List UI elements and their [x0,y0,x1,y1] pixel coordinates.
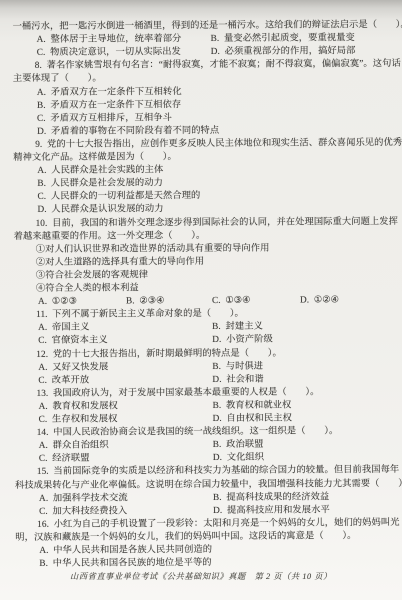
text-run: C. 加大科技经费投入 [39,505,127,519]
text-run: B. 人民群众是社会发展的动力 [37,177,163,191]
text-run: A. ①②③ [38,296,77,309]
text-run: D. 自由权和民主权 [213,413,292,427]
text-layer: 一桶污水，把一匙污水倒进一桶酒里，得到的还是一桶污水。这给我们的辩证法启示是（ … [0,0,402,600]
page-footer: 山西省直事业单位考试《公共基础知识》真题 第 2 页（共 10 页） [0,571,402,582]
text-run: C. ①③④ [212,295,251,308]
text-run: 11. 下列不属于新民主主义革命对象的是（ ）。 [36,308,244,322]
text-run: D. 矛盾着的事物在不同阶段有着不同的特点 [37,125,219,139]
text-run: B. 量变必然引起质变，要重视量变 [211,32,355,46]
text-run: D. 必须重视部分的作用，搞好局部 [211,45,356,59]
text-run: A. 群众自治组织 [39,440,109,453]
text-run: B. 封建主义 [212,321,263,334]
text-run: B. 与时俱进 [212,360,263,373]
text-run: C. 经济联盟 [39,453,90,466]
text-run: A. 帝国主义 [38,322,89,335]
text-run: A. 教育权和发展权 [39,400,118,414]
text-run: D. ①②④ [300,294,339,307]
text-run: C. 矛盾双方互相排斥，互相争斗 [37,112,172,126]
text-run: 着越来越重要的作用。这一外交理念（ ）。 [14,230,206,244]
text-run: 主要体现了（ ）。 [13,73,102,87]
text-run: B. 教育权和就业权 [213,399,292,413]
text-run: A. 矛盾双方在一定条件下互相转化 [37,86,182,100]
text-run: C. 人民群众的一切利益都是天然合理的 [37,190,200,204]
text-run: 精神文化产品。这样做是因为（ ）。 [13,151,177,165]
text-run: A. 整体居于主导地位，统率着部分 [37,33,182,47]
exam-page: 一桶污水，把一匙污水倒进一桶酒里，得到的还是一桶污水。这给我们的辩证法启示是（ … [0,0,402,600]
text-run: C. 生存权和发展权 [39,413,118,427]
text-run: B. 中华人民共和国各民族的地位是平等的 [39,557,211,571]
text-run: ③符合社会发展的客观规律 [36,269,148,283]
text-run: B. ②③④ [126,295,165,308]
text-run: ④符合全人类的根本利益 [36,282,139,296]
text-run: A. 又好又快发展 [38,361,108,374]
text-run: D. 文化组织 [213,452,264,465]
text-run: D. 提高科技应用和发展水平 [213,504,330,518]
text-run: B. 矛盾双方在一定条件下互相依存 [37,99,181,113]
text-run: C. 物质决定意识，一切从实际出发 [37,46,181,60]
text-run: C. 官僚资本主义 [38,335,108,348]
footer-text: 山西省直事业单位考试《公共基础知识》真题 第 2 页（共 10 页） [70,572,332,581]
text-run: D. 人民群众是认识发展的动力 [37,204,163,218]
text-run: A. 人民群众是社会实践的主体 [37,164,163,178]
text-run: C. 改革开放 [38,374,89,387]
text-run: ②对人生道路的选择具有重大的导向作用 [36,256,204,270]
option: B. 中华人民共和国各民族的地位是平等的 [1,556,402,571]
text-run: D. 小资产阶级 [212,334,273,347]
text-run: 12. 党的十七大报告指出，新时期最鲜明的特点是（ ）。 [36,347,282,361]
text-run: B. 提高科技成果的经济效益 [213,491,329,505]
text-run: ①对人们认识世界和改造世界的活动具有重要的导向作用 [36,242,270,256]
text-run: A. 中华人民共和国是各族人民共同创造的 [39,544,212,558]
text-run: B. 政治联盟 [213,439,264,452]
text-run: D. 社会和谐 [212,373,263,386]
text-run: A. 加强科学技术交流 [39,492,128,506]
